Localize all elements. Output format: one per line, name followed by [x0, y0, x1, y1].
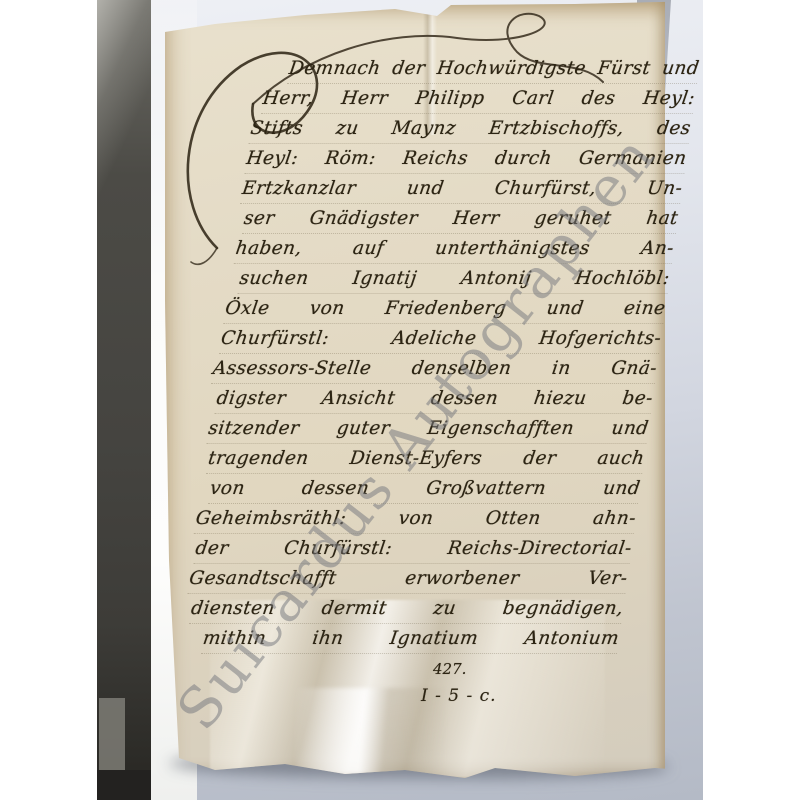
folder-edge — [97, 0, 151, 800]
manuscript-line: Ertzkanzlar und Churfürst, Un- — [240, 174, 684, 204]
manuscript-line: mithin ihn Ignatium Antonium — [201, 624, 621, 654]
manuscript-line: diensten dermit zu begnädigen, — [189, 594, 625, 624]
manuscript-line: haben, auf unterthänigstes An- — [234, 234, 676, 264]
screenshot-root: Demnach der Hochwürdigste Fürst undHerr,… — [0, 0, 800, 800]
manuscript-line: digster Ansicht dessen hiezu be- — [215, 384, 655, 414]
manuscript-line: Öxle von Friedenberg und eine — [223, 294, 667, 324]
manuscript-line: ser Gnädigster Herr geruhet hat — [242, 204, 680, 234]
manuscript-line: sitzender guter Eigenschafften und — [206, 414, 650, 444]
manuscript-line: Assessors-Stelle denselben in Gnä- — [211, 354, 659, 384]
folder-edge-highlight — [97, 0, 151, 210]
folder-edge-bottom — [97, 770, 151, 800]
manuscript-line: der Churfürstl: Reichs-Directorial- — [193, 534, 633, 564]
manuscript-line: tragenden Dienst-Eyfers der auch — [206, 444, 646, 474]
manuscript-line: Demnach der Hochwürdigste Fürst und — [287, 54, 701, 84]
shelfmark: I - 5 - c. — [421, 686, 497, 706]
archive-number: 427. — [433, 660, 466, 678]
manuscript-text: Demnach der Hochwürdigste Fürst undHerr,… — [177, 54, 701, 654]
manuscript-line: von dessen Großvattern und — [208, 474, 642, 504]
manuscript-line: Heyl: Röm: Reichs durch Germanien — [244, 144, 688, 174]
manuscript-line: Churfürstl: Adeliche Hofgerichts- — [219, 324, 663, 354]
manuscript-line: Gesandtschafft erworbener Ver- — [187, 564, 629, 594]
manuscript-photo: Demnach der Hochwürdigste Fürst undHerr,… — [97, 0, 703, 800]
folder-edge-step — [99, 698, 125, 770]
manuscript-line: Stifts zu Maynz Ertzbischoffs, des — [249, 114, 693, 144]
manuscript-line: Geheimbsräthl: von Otten ahn- — [194, 504, 638, 534]
manuscript-line: Herr, Herr Philipp Carl des Heyl: — [261, 84, 697, 114]
manuscript-paper: Demnach der Hochwürdigste Fürst undHerr,… — [155, 0, 665, 782]
manuscript-line: suchen Ignatij Antonij Hochlöbl: — [237, 264, 671, 294]
